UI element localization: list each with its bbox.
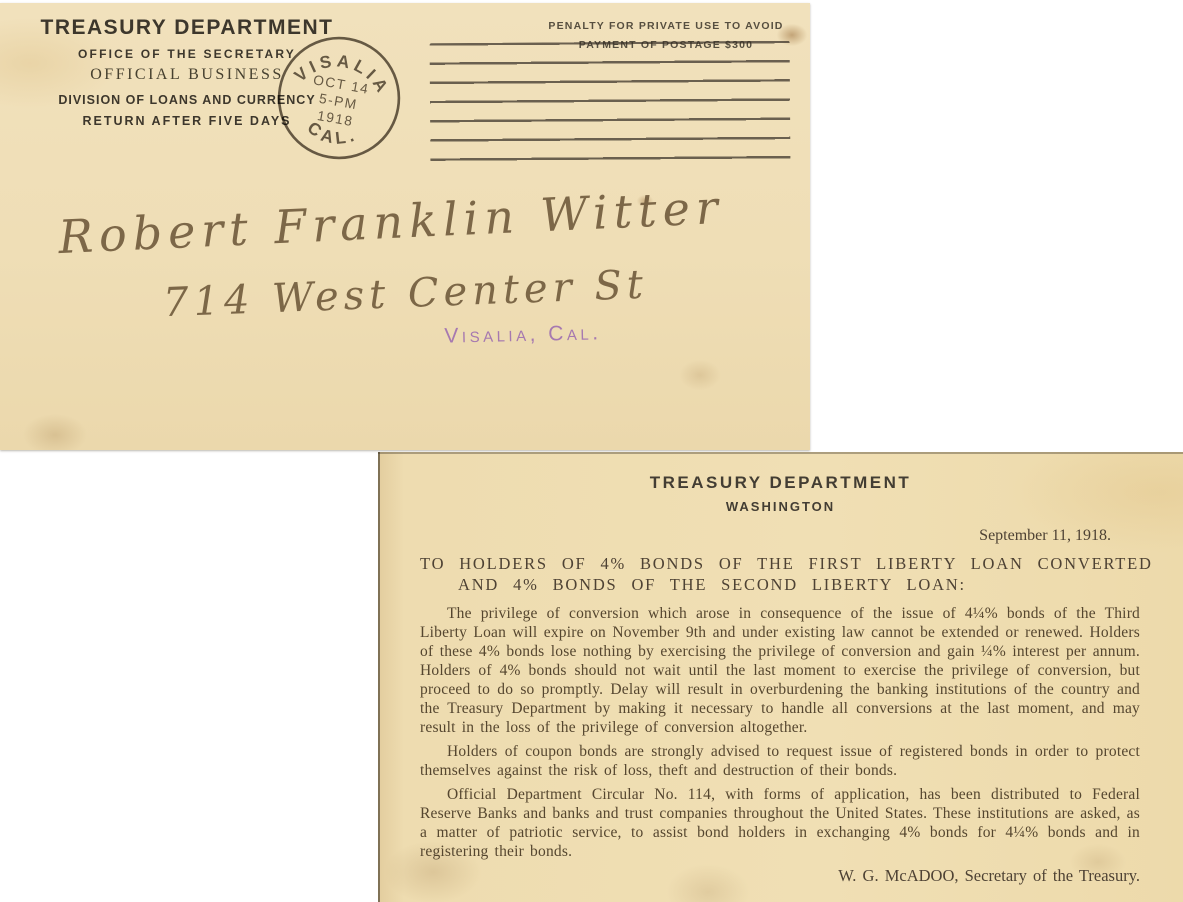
letter-date: September 11, 1918. [378, 527, 1111, 545]
received-city-stamp: Visalia, Cal. [408, 321, 638, 350]
recipient-name-handwriting: Robert Franklin Witter [57, 180, 725, 264]
body-paragraph-3: Official Department Circular No. 114, wi… [420, 785, 1140, 861]
recipient-street-handwriting: 714 West Center St [162, 262, 648, 327]
penalty-notice-line1: PENALTY FOR PRIVATE USE TO AVOID [538, 17, 794, 36]
body-paragraph-1: The privilege of conversion which arose … [420, 604, 1140, 737]
cancellation-bars [430, 41, 791, 163]
body-paragraph-2: Holders of coupon bonds are strongly adv… [420, 742, 1140, 780]
salutation-line2: AND 4% BONDS OF THE SECOND LIBERTY LOAN: [458, 574, 1183, 595]
signature-line: W. G. McADOO, Secretary of the Treasury. [378, 866, 1140, 886]
postcard-scan: TREASURY DEPARTMENT OFFICE OF THE SECRET… [0, 0, 1183, 902]
back-title: TREASURY DEPARTMENT [378, 452, 1183, 493]
salutation-line1: TO HOLDERS OF 4% BONDS OF THE FIRST LIBE… [420, 553, 1183, 574]
salutation: TO HOLDERS OF 4% BONDS OF THE FIRST LIBE… [378, 553, 1183, 595]
back-subtitle: WASHINGTON [378, 499, 1183, 514]
postcard-back: TREASURY DEPARTMENT WASHINGTON September… [378, 452, 1183, 902]
postcard-front: TREASURY DEPARTMENT OFFICE OF THE SECRET… [0, 3, 810, 450]
postmark-stamp: VISALIA OCT 14 5-PM 1918 CAL. [261, 20, 416, 175]
